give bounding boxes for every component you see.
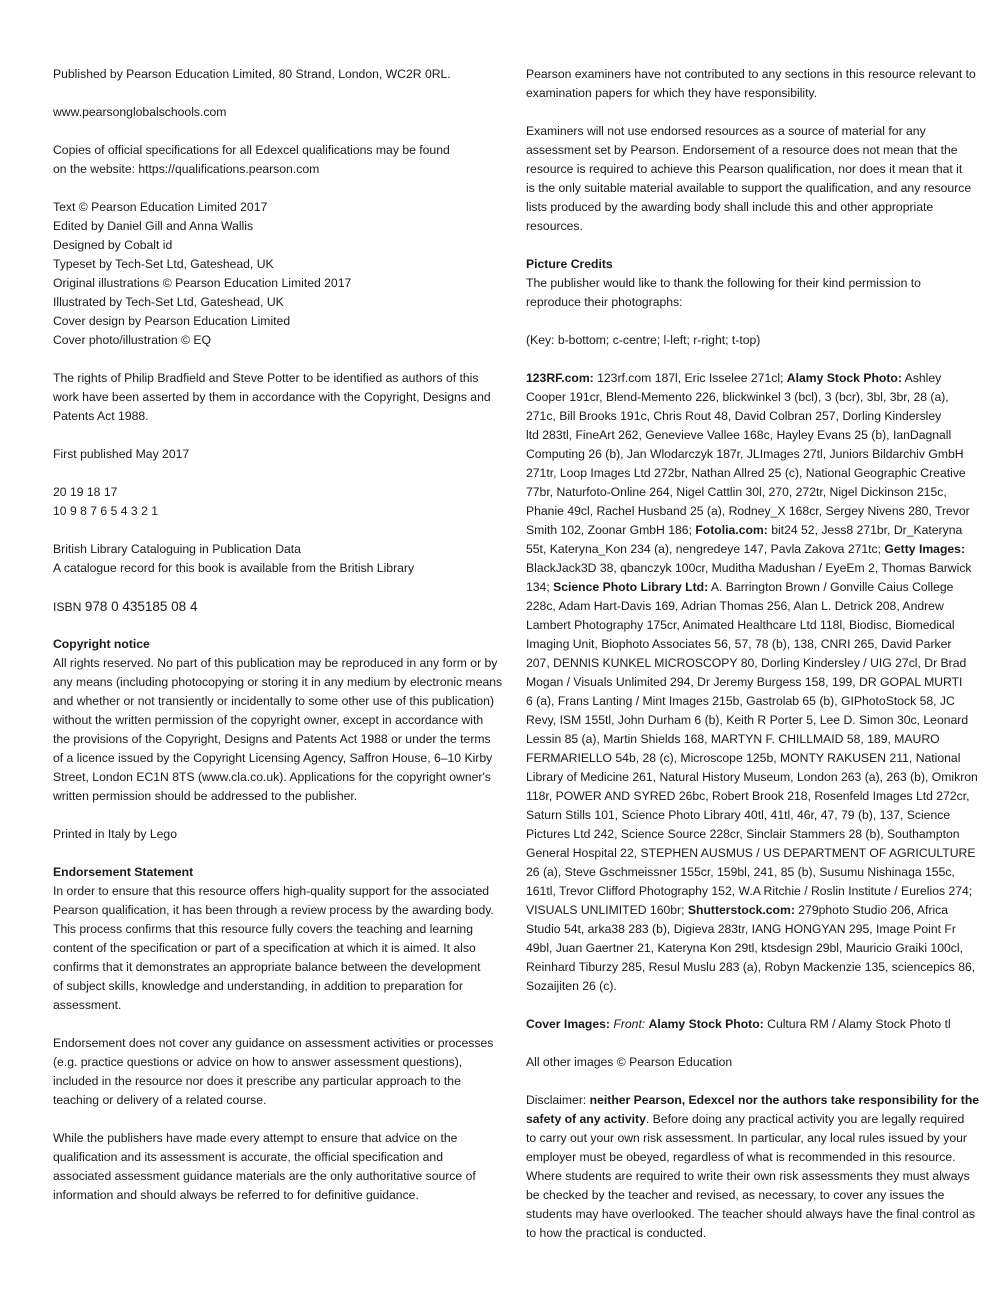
credit-line: 77br, Naturfoto-Online 264, Nigel Cattli… [526, 483, 986, 502]
credit-text: 161tl, Trevor Clifford Photography 152, … [526, 884, 972, 898]
credit-line: BlackJack3D 38, qbanczyk 100cr, Muditha … [526, 559, 986, 578]
endorsement-line: (e.g. practice questions or advice on ho… [53, 1053, 508, 1072]
credit-text: VISUALS UNLIMITED 160br; [526, 903, 688, 917]
endorsement-line: Pearson qualification, it has been throu… [53, 901, 508, 920]
credit-line: Cover design by Pearson Education Limite… [53, 312, 508, 331]
rights-line: work have been asserted by them in accor… [53, 388, 508, 407]
credit-text: Lessin 85 (a), Martin Shields 168, MARTY… [526, 732, 940, 746]
credit-line: ltd 283tl, FineArt 262, Genevieve Vallee… [526, 426, 986, 445]
credit-line: Smith 102, Zoonar GmbH 186; Fotolia.com:… [526, 521, 986, 540]
credit-line: Computing 26 (b), Jan Wlodarczyk 187r, J… [526, 445, 986, 464]
credit-line: 271c, Bill Brooks 191c, Chris Rout 48, D… [526, 407, 986, 426]
credit-line: Typeset by Tech-Set Ltd, Gateshead, UK [53, 255, 508, 274]
copyright-line: the provisions of the Copyright, Designs… [53, 730, 508, 749]
disclaimer-line: students may have overlooked. The teache… [526, 1205, 986, 1224]
credit-text: 77br, Naturfoto-Online 264, Nigel Cattli… [526, 485, 947, 499]
credit-line: 271tr, Loop Images Ltd 272br, Nathan All… [526, 464, 986, 483]
credit-text: Imaging Unit, Biophoto Associates 56, 57… [526, 637, 951, 651]
endorsement-line: information and should always be referre… [53, 1186, 508, 1205]
credit-line: Sozaijiten 26 (c). [526, 977, 986, 996]
credit-line: 134; Science Photo Library Ltd: A. Barri… [526, 578, 986, 597]
credit-line: 6 (a), Frans Lanting / Mint Images 215b,… [526, 692, 986, 711]
publisher-line: Published by Pearson Education Limited, … [53, 65, 508, 84]
credit-line: Original illustrations © Pearson Educati… [53, 274, 508, 293]
credit-text: Reinhard Tiburzy 285, Resul Muslu 283 (a… [526, 960, 975, 974]
examiners-line: assessment set by Pearson. Endorsement o… [526, 141, 986, 160]
picture-credits-intro: reproduce their photographs: [526, 293, 986, 312]
picture-credits-list: 123RF.com: 123rf.com 187l, Eric Isselee … [526, 369, 986, 996]
credit-text: ltd 283tl, FineArt 262, Genevieve Vallee… [526, 428, 951, 442]
credit-line: Lessin 85 (a), Martin Shields 168, MARTY… [526, 730, 986, 749]
endorsement-line: confirms that it demonstrates an appropr… [53, 958, 508, 977]
credit-line: FERMARIELLO 54b, 28 (c), Microscope 125b… [526, 749, 986, 768]
cover-images: Cover Images: Front: Alamy Stock Photo: … [526, 1015, 986, 1034]
disclaimer-line: to carry out your own risk assessment. I… [526, 1129, 986, 1148]
credit-line: Cooper 191cr, Blend-Memento 226, blickwi… [526, 388, 986, 407]
cataloguing-line: A catalogue record for this book is avai… [53, 559, 508, 578]
credit-line: 228c, Adam Hart-Davis 169, Adrian Thomas… [526, 597, 986, 616]
credit-text: bit24 52, Jess8 271br, Dr_Kateryna [768, 523, 962, 537]
credit-text: 228c, Adam Hart-Davis 169, Adrian Thomas… [526, 599, 944, 613]
credit-line: Library of Medicine 261, Natural History… [526, 768, 986, 787]
credit-text: FERMARIELLO 54b, 28 (c), Microscope 125b… [526, 751, 960, 765]
credit-line: 161tl, Trevor Clifford Photography 152, … [526, 882, 986, 901]
disclaimer-line: to how the practical is conducted. [526, 1224, 986, 1243]
credit-text: Lambert Photography 175cr, Animated Heal… [526, 618, 955, 632]
credit-text: Studio 54t, arka38 283 (b), Digieva 283t… [526, 922, 956, 936]
credit-line: General Hospital 22, STEPHEN AUSMUS / US… [526, 844, 986, 863]
production-credits: Text © Pearson Education Limited 2017 Ed… [53, 198, 508, 350]
credit-text: Saturn Stills 101, Science Photo Library… [526, 808, 950, 822]
examiners-line: examination papers for which they have r… [526, 84, 986, 103]
disclaimer-bold: safety of any activity [526, 1112, 646, 1126]
credit-text: Cooper 191cr, Blend-Memento 226, blickwi… [526, 390, 949, 404]
endorsement-statement: Endorsement Statement In order to ensure… [53, 863, 508, 1205]
disclaimer-bold: neither Pearson, Edexcel nor the authors… [590, 1093, 979, 1107]
credit-source: Shutterstock.com: [688, 903, 795, 917]
endorsement-line: assessment. [53, 996, 508, 1015]
credit-text: Sozaijiten 26 (c). [526, 979, 617, 993]
credit-text: A. Barrington Brown / Gonville Caius Col… [708, 580, 953, 594]
examiners-line: resource is required to achieve this Pea… [526, 160, 986, 179]
endorsement-line: teaching or delivery of a related course… [53, 1091, 508, 1110]
examiners-line: Examiners will not use endorsed resource… [526, 122, 986, 141]
examiners-line: is the only suitable material available … [526, 179, 986, 198]
copyright-line: written permission should be addressed t… [53, 787, 508, 806]
endorsement-line: This process confirms that this resource… [53, 920, 508, 939]
credit-text: 118r, POWER AND SYRED 26bc, Robert Brook… [526, 789, 969, 803]
disclaimer-line: Where students are required to write the… [526, 1167, 986, 1186]
cataloguing-line: British Library Cataloguing in Publicati… [53, 540, 508, 559]
credit-line: Reinhard Tiburzy 285, Resul Muslu 283 (a… [526, 958, 986, 977]
credit-line: Lambert Photography 175cr, Animated Heal… [526, 616, 986, 635]
credit-source: 123RF.com: [526, 371, 594, 385]
examiners-line: Pearson examiners have not contributed t… [526, 65, 986, 84]
rights-line: The rights of Philip Bradfield and Steve… [53, 369, 508, 388]
picture-credits: Picture Credits The publisher would like… [526, 255, 986, 996]
credit-line: Cover photo/illustration © EQ [53, 331, 508, 350]
credit-source: Getty Images: [884, 542, 965, 556]
copyright-line: of a licence issued by the Copyright Lic… [53, 749, 508, 768]
credit-text: Smith 102, Zoonar GmbH 186; [526, 523, 695, 537]
credit-text: 49bl, Juan Gaertner 21, Kateryna Kon 29t… [526, 941, 963, 955]
credit-text: Library of Medicine 261, Natural History… [526, 770, 978, 784]
picture-credits-intro: The publisher would like to thank the fo… [526, 274, 986, 293]
credit-text: 6 (a), Frans Lanting / Mint Images 215b,… [526, 694, 955, 708]
credit-text: General Hospital 22, STEPHEN AUSMUS / US… [526, 846, 975, 860]
endorsement-line: While the publishers have made every att… [53, 1129, 508, 1148]
endorsement-heading: Endorsement Statement [53, 863, 508, 882]
endorsement-line: In order to ensure that this resource of… [53, 882, 508, 901]
credit-text: BlackJack3D 38, qbanczyk 100cr, Muditha … [526, 561, 972, 575]
credit-line: Designed by Cobalt id [53, 236, 508, 255]
credit-line: Studio 54t, arka38 283 (b), Digieva 283t… [526, 920, 986, 939]
isbn: ISBN 978 0 435185 08 4 [53, 597, 508, 616]
credit-text: Mogan / Visuals Unlimited 294, Dr Jeremy… [526, 675, 962, 689]
disclaimer-line: employer must be obeyed, regardless of w… [526, 1148, 986, 1167]
credit-source: Science Photo Library Ltd: [553, 580, 708, 594]
copyright-line: and whether or not transiently or incide… [53, 692, 508, 711]
all-other-images: All other images © Pearson Education [526, 1053, 986, 1072]
credit-line: 26 (a), Steve Gschmeissner 155cr, 159bl,… [526, 863, 986, 882]
credit-text: 271c, Bill Brooks 191c, Chris Rout 48, D… [526, 409, 941, 423]
credit-line: Mogan / Visuals Unlimited 294, Dr Jeremy… [526, 673, 986, 692]
isbn-label: ISBN [53, 600, 81, 614]
endorsement-line: of subject skills, knowledge and underst… [53, 977, 508, 996]
credit-line: Saturn Stills 101, Science Photo Library… [526, 806, 986, 825]
endorsement-line: associated assessment guidance materials… [53, 1167, 508, 1186]
rights-statement: The rights of Philip Bradfield and Steve… [53, 369, 508, 426]
disclaimer-text: . Before doing any practical activity yo… [646, 1112, 964, 1126]
credit-source: Fotolia.com: [695, 523, 767, 537]
specifications-line: Copies of official specifications for al… [53, 141, 508, 160]
credit-text: 55t, Kateryna_Kon 234 (a), nengredeye 14… [526, 542, 884, 556]
credit-line: Text © Pearson Education Limited 2017 [53, 198, 508, 217]
examiners-line: lists produced by the awarding body shal… [526, 198, 986, 217]
credit-text: Revy, ISM 155tl, John Durham 6 (b), Keit… [526, 713, 968, 727]
print-years: 20 19 18 17 [53, 483, 508, 502]
copyright-line: any means (including photocopying or sto… [53, 673, 508, 692]
disclaimer-line: be checked by the teacher and revised, a… [526, 1186, 986, 1205]
picture-credits-heading: Picture Credits [526, 255, 986, 274]
credit-line: 123RF.com: 123rf.com 187l, Eric Isselee … [526, 369, 986, 388]
isbn-number: 978 0 435185 08 4 [85, 599, 198, 614]
copyright-line: without the written permission of the co… [53, 711, 508, 730]
copyright-line: All rights reserved. No part of this pub… [53, 654, 508, 673]
credit-line: 49bl, Juan Gaertner 21, Kateryna Kon 29t… [526, 939, 986, 958]
credit-text: Ashley [902, 371, 941, 385]
cover-images-text: Cultura RM / Alamy Stock Photo tl [764, 1017, 951, 1031]
credit-text: 279photo Studio 206, Africa [795, 903, 948, 917]
credit-line: 118r, POWER AND SYRED 26bc, Robert Brook… [526, 787, 986, 806]
specifications-line: on the website: https://qualifications.p… [53, 160, 508, 179]
endorsement-line: qualification and its assessment is accu… [53, 1148, 508, 1167]
credit-text: 271tr, Loop Images Ltd 272br, Nathan All… [526, 466, 966, 480]
credit-text: Computing 26 (b), Jan Wlodarczyk 187r, J… [526, 447, 964, 461]
credit-line: 207, DENNIS KUNKEL MICROSCOPY 80, Dorlin… [526, 654, 986, 673]
credit-line: VISUALS UNLIMITED 160br; Shutterstock.co… [526, 901, 986, 920]
left-column: Published by Pearson Education Limited, … [53, 65, 508, 1205]
endorsement-line: content of the specification or part of … [53, 939, 508, 958]
credit-text: 26 (a), Steve Gschmeissner 155cr, 159bl,… [526, 865, 955, 879]
credit-line: Pictures Ltd 242, Science Source 228cr, … [526, 825, 986, 844]
credit-line: Imaging Unit, Biophoto Associates 56, 57… [526, 635, 986, 654]
cover-images-label: Cover Images: [526, 1017, 610, 1031]
credit-line: Revy, ISM 155tl, John Durham 6 (b), Keit… [526, 711, 986, 730]
credit-text: 123rf.com 187l, Eric Isselee 271cl; [594, 371, 787, 385]
endorsement-line: included in the resource nor does it pre… [53, 1072, 508, 1091]
printed-in: Printed in Italy by Lego [53, 825, 508, 844]
first-published: First published May 2017 [53, 445, 508, 464]
credit-line: Illustrated by Tech-Set Ltd, Gateshead, … [53, 293, 508, 312]
endorsement-line: Endorsement does not cover any guidance … [53, 1034, 508, 1053]
rights-line: Patents Act 1988. [53, 407, 508, 426]
copyright-notice-heading: Copyright notice [53, 635, 508, 654]
right-column: Pearson examiners have not contributed t… [526, 65, 986, 1243]
disclaimer: Disclaimer: neither Pearson, Edexcel nor… [526, 1091, 986, 1243]
credit-text: 207, DENNIS KUNKEL MICROSCOPY 80, Dorlin… [526, 656, 966, 670]
credit-line: Phanie 49cl, Rachel Husband 25 (a), Rodn… [526, 502, 986, 521]
picture-credits-key: (Key: b-bottom; c-centre; l-left; r-righ… [526, 331, 986, 350]
website-link[interactable]: www.pearsonglobalschools.com [53, 103, 508, 122]
cover-images-front-label: Front: [613, 1017, 645, 1031]
credit-text: Pictures Ltd 242, Science Source 228cr, … [526, 827, 960, 841]
credit-text: 134; [526, 580, 553, 594]
examiners-line: resources. [526, 217, 986, 236]
credit-line: 55t, Kateryna_Kon 234 (a), nengredeye 14… [526, 540, 986, 559]
credit-text: Phanie 49cl, Rachel Husband 25 (a), Rodn… [526, 504, 970, 518]
cover-images-source: Alamy Stock Photo: [649, 1017, 764, 1031]
credit-line: Edited by Daniel Gill and Anna Wallis [53, 217, 508, 236]
disclaimer-label: Disclaimer: [526, 1093, 590, 1107]
examiners-statement: Pearson examiners have not contributed t… [526, 65, 986, 236]
copyright-line: Street, London EC1N 8TS (www.cla.co.uk).… [53, 768, 508, 787]
print-numbers: 10 9 8 7 6 5 4 3 2 1 [53, 502, 508, 521]
credit-source: Alamy Stock Photo: [787, 371, 902, 385]
copyright-notice: Copyright notice All rights reserved. No… [53, 635, 508, 806]
